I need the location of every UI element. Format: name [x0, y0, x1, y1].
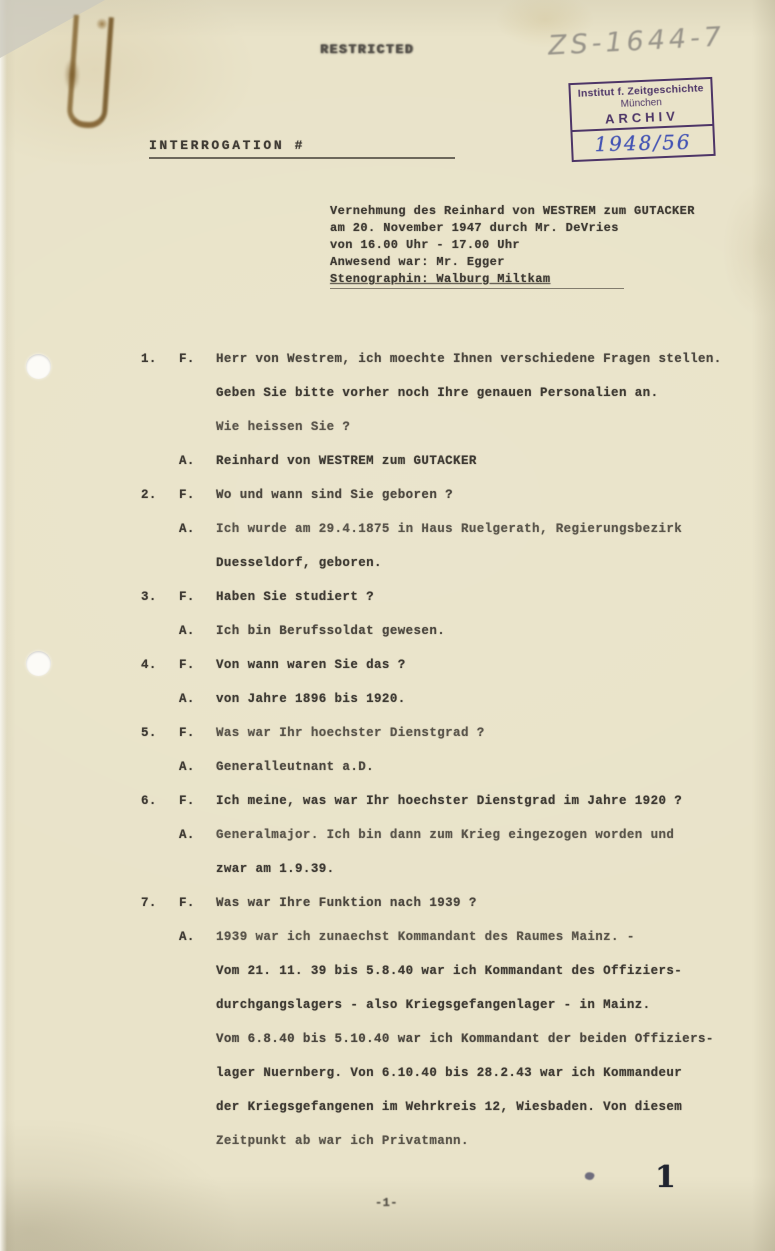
qa-text: Herr von Westrem, ich moechte Ihnen vers…	[216, 352, 751, 366]
punch-hole-top	[26, 354, 51, 379]
page-title: INTERROGATION #	[149, 138, 455, 159]
qa-line: 1.F.Herr von Westrem, ich moechte Ihnen …	[141, 352, 751, 386]
qa-line-number: 7.	[141, 896, 179, 910]
qa-speaker-label: A.	[179, 454, 216, 468]
qa-text: Zeitpunkt ab war ich Privatmann.	[216, 1134, 751, 1148]
qa-line: 2.F.Wo und wann sind Sie geboren ?	[141, 488, 751, 522]
qa-speaker-label: F.	[179, 590, 216, 604]
qa-text: von Jahre 1896 bis 1920.	[216, 692, 751, 706]
qa-line: A.Ich wurde am 29.4.1875 in Haus Ruelger…	[141, 522, 751, 556]
qa-line: Wie heissen Sie ?	[141, 420, 751, 454]
qa-text: Was war Ihre Funktion nach 1939 ?	[216, 896, 751, 910]
qa-text: Reinhard von WESTREM zum GUTACKER	[216, 454, 751, 468]
qa-line: A.Generalmajor. Ich bin dann zum Krieg e…	[141, 828, 751, 862]
stamped-page-number: 1	[655, 1160, 676, 1195]
pencil-reference: ZS-1644-7	[547, 21, 725, 61]
qa-line: durchgangslagers - also Kriegsgefangenla…	[141, 998, 751, 1032]
qa-text: Generalleutnant a.D.	[216, 760, 751, 774]
qa-text: Von wann waren Sie das ?	[216, 658, 751, 672]
qa-line-number: 1.	[141, 352, 179, 366]
paper-clip-stain	[64, 58, 80, 92]
qa-speaker-label: F.	[179, 488, 216, 502]
qa-speaker-label: F.	[179, 726, 216, 740]
qa-text: durchgangslagers - also Kriegsgefangenla…	[216, 998, 751, 1012]
ink-smudge	[584, 1171, 595, 1182]
qa-line: A.Ich bin Berufssoldat gewesen.	[141, 624, 751, 658]
qa-speaker-label: F.	[179, 352, 216, 366]
qa-text: der Kriegsgefangenen im Wehrkreis 12, Wi…	[216, 1100, 751, 1114]
qa-text: Geben Sie bitte vorher noch Ihre genauen…	[216, 386, 751, 400]
qa-text: 1939 war ich zunaechst Kommandant des Ra…	[216, 930, 751, 944]
qa-line: Vom 6.8.40 bis 5.10.40 war ich Kommandan…	[141, 1032, 751, 1066]
archive-accession-number: 1948/56	[573, 127, 714, 159]
qa-text: Duesseldorf, geboren.	[216, 556, 751, 570]
qa-line: 6.F.Ich meine, was war Ihr hoechster Die…	[141, 794, 751, 828]
session-info-line: von 16.00 Uhr - 17.00 Uhr	[330, 237, 695, 254]
qa-speaker-label: A.	[179, 930, 216, 944]
qa-line: Geben Sie bitte vorher noch Ihre genauen…	[141, 386, 751, 420]
qa-text: Haben Sie studiert ?	[216, 590, 751, 604]
qa-text: zwar am 1.9.39.	[216, 862, 751, 876]
qa-text: Vom 6.8.40 bis 5.10.40 war ich Kommandan…	[216, 1032, 751, 1046]
qa-line: 5.F.Was war Ihr hoechster Dienstgrad ?	[141, 726, 751, 760]
qa-speaker-label: A.	[179, 692, 216, 706]
qa-speaker-label: A.	[179, 624, 216, 638]
qa-speaker-label: A.	[179, 522, 216, 536]
qa-line-number: 2.	[141, 488, 179, 502]
qa-text: Was war Ihr hoechster Dienstgrad ?	[216, 726, 751, 740]
qa-line: der Kriegsgefangenen im Wehrkreis 12, Wi…	[141, 1100, 751, 1134]
qa-speaker-label: F.	[179, 896, 216, 910]
qa-line: A.Reinhard von WESTREM zum GUTACKER	[141, 454, 751, 488]
qa-body: 1.F.Herr von Westrem, ich moechte Ihnen …	[141, 352, 751, 1168]
qa-speaker-label: F.	[179, 794, 216, 808]
qa-line-number: 5.	[141, 726, 179, 740]
qa-line: zwar am 1.9.39.	[141, 862, 751, 896]
session-info-line: Stenographin: Walburg Miltkam	[330, 271, 624, 289]
qa-line-number: 4.	[141, 658, 179, 672]
qa-text: Wo und wann sind Sie geboren ?	[216, 488, 751, 502]
qa-text: lager Nuernberg. Von 6.10.40 bis 28.2.43…	[216, 1066, 751, 1080]
session-info-line: am 20. November 1947 durch Mr. DeVries	[330, 220, 695, 237]
qa-line: 3.F.Haben Sie studiert ?	[141, 590, 751, 624]
qa-line: A.von Jahre 1896 bis 1920.	[141, 692, 751, 726]
qa-speaker-label: A.	[179, 760, 216, 774]
qa-text: Wie heissen Sie ?	[216, 420, 751, 434]
session-info-line: Vernehmung des Reinhard von WESTREM zum …	[330, 203, 695, 220]
qa-line: 7.F.Was war Ihre Funktion nach 1939 ?	[141, 896, 751, 930]
qa-text: Ich bin Berufssoldat gewesen.	[216, 624, 751, 638]
qa-line: 4.F.Von wann waren Sie das ?	[141, 658, 751, 692]
qa-text: Vom 21. 11. 39 bis 5.8.40 war ich Komman…	[216, 964, 751, 978]
scan-edge-left	[0, 0, 7, 1251]
scanned-document-page: RESTRICTED ZS-1644-7 Institut f. Zeitges…	[0, 0, 775, 1251]
session-info: Vernehmung des Reinhard von WESTREM zum …	[330, 203, 695, 289]
classification-stamp: RESTRICTED	[320, 42, 414, 57]
qa-text: Ich wurde am 29.4.1875 in Haus Ruelgerat…	[216, 522, 751, 536]
qa-line: Vom 21. 11. 39 bis 5.8.40 war ich Komman…	[141, 964, 751, 998]
qa-line: lager Nuernberg. Von 6.10.40 bis 28.2.43…	[141, 1066, 751, 1100]
punch-hole-bottom	[26, 651, 51, 676]
qa-line: A.Generalleutnant a.D.	[141, 760, 751, 794]
archive-stamp-header: Institut f. Zeitgeschichte München ARCHI…	[570, 79, 712, 132]
qa-text: Ich meine, was war Ihr hoechster Dienstg…	[216, 794, 751, 808]
qa-text: Generalmajor. Ich bin dann zum Krieg ein…	[216, 828, 751, 842]
typed-page-number: -1-	[375, 1196, 398, 1210]
qa-speaker-label: F.	[179, 658, 216, 672]
qa-line-number: 6.	[141, 794, 179, 808]
qa-speaker-label: A.	[179, 828, 216, 842]
session-info-line: Anwesend war: Mr. Egger	[330, 254, 695, 271]
qa-line: Duesseldorf, geboren.	[141, 556, 751, 590]
qa-line-number: 3.	[141, 590, 179, 604]
archive-stamp: Institut f. Zeitgeschichte München ARCHI…	[568, 77, 715, 162]
qa-line: A.1939 war ich zunaechst Kommandant des …	[141, 930, 751, 964]
paper-clip-stain-dot	[96, 18, 108, 30]
